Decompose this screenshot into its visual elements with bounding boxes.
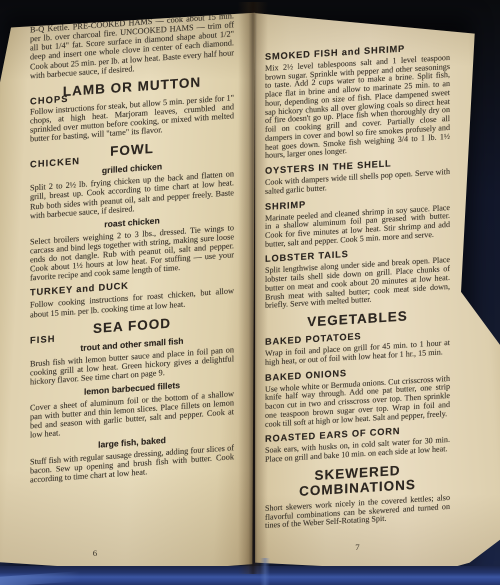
photo-open-cookbook: B-Q Kettle. PRE-COOKED HAMS — cook about… xyxy=(0,0,500,585)
page-left: B-Q Kettle. PRE-COOKED HAMS — cook about… xyxy=(0,6,256,572)
recipe-paragraph: Short skewers work nicely in the covered… xyxy=(265,494,450,531)
recipe-paragraph: Split lengthwise along under side and br… xyxy=(265,256,450,311)
recipe-paragraph: Use whole white or Bermuda onions. Cut c… xyxy=(265,375,450,430)
section-heading: SEA FOOD xyxy=(93,315,171,335)
denim-vertical-seam xyxy=(260,558,270,585)
recipe-paragraph: Marinate peeled and cleaned shrimp in so… xyxy=(265,203,450,249)
section-heading: FOWL xyxy=(110,141,154,159)
page-number-left: 6 xyxy=(0,548,196,558)
recipe-paragraph: Mix 2½ level tablespoons salt and 1 leve… xyxy=(265,54,450,161)
margin-heading: FISH xyxy=(30,333,56,345)
section-heading: LAMB OR MUTTON xyxy=(63,74,201,99)
page-number-right: 7 xyxy=(265,542,450,552)
page-left-text-column: B-Q Kettle. PRE-COOKED HAMS — cook about… xyxy=(0,6,256,572)
